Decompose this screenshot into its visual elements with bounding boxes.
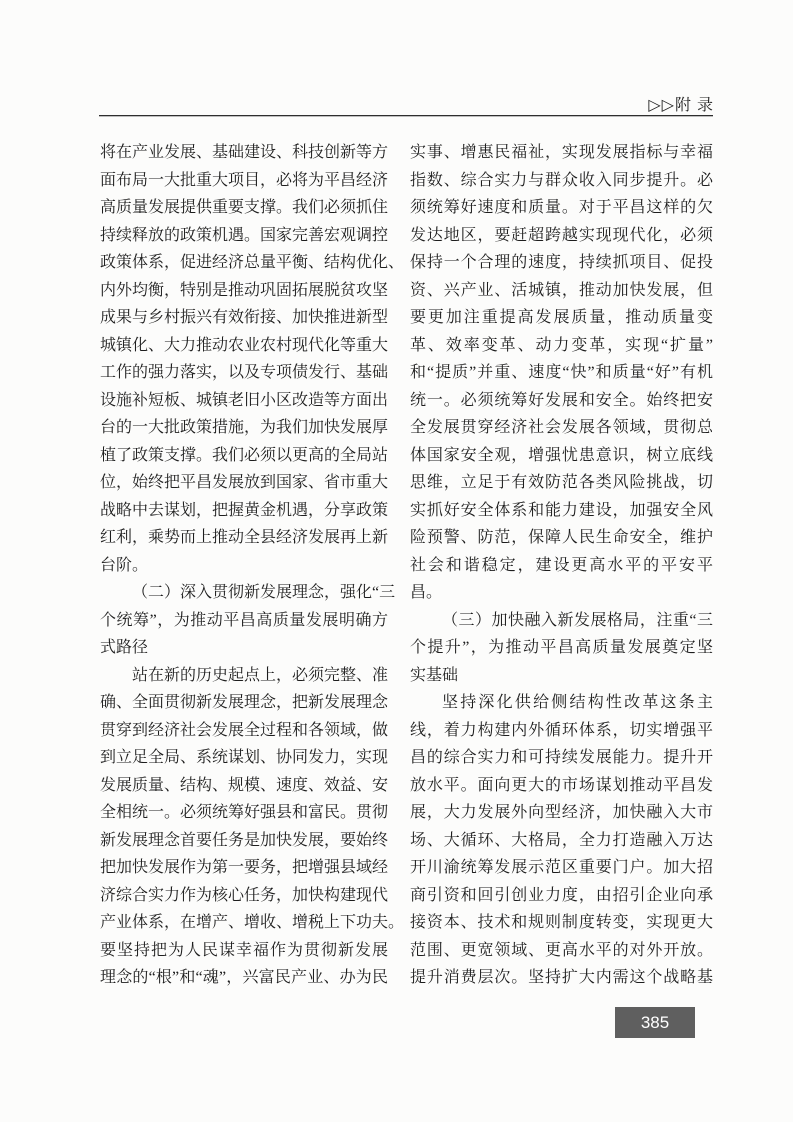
text-line: 线，着力构建内外循环体系，切实增强平 <box>410 717 713 745</box>
text-line: 城镇化、大力推动农业农村现代化等重大 <box>100 332 388 360</box>
text-line: 昌。 <box>410 579 713 607</box>
text-line: 新发展理念首要任务是加快发展，要始终 <box>100 827 388 855</box>
text-line: 范围、更宽领域、更高水平的对外开放。 <box>410 937 713 965</box>
text-line: 社会和谐稳定，建设更高水平的平安平 <box>410 552 713 580</box>
text-line: 革、效率变革、动力变革，实现“扩量” <box>410 332 713 360</box>
text-line: 全发展贯穿经济社会发展各领域，贯彻总 <box>410 414 713 442</box>
text-line: 接资本、技术和规则制度转变，实现更大 <box>410 909 713 937</box>
text-line: 展，大力发展外向型经济，加快融入大市 <box>410 799 713 827</box>
text-line: 理念的“根”和“魂”，兴富民产业、办为民 <box>100 964 388 992</box>
text-line: 坚持深化供给侧结构性改革这条主 <box>410 689 713 717</box>
text-line: 放水平。面向更大的市场谋划推动平昌发 <box>410 772 713 800</box>
text-line: 个提升”，为推动平昌高质量发展奠定坚 <box>410 634 713 662</box>
text-line: 确、全面贯彻新发展理念，把新发展理念 <box>100 689 388 717</box>
page-number-badge: 385 <box>615 1007 695 1038</box>
left-text-column: 将在产业发展、基础建设、科技创新等方面布局一大批重大项目，必将为平昌经济高质量发… <box>100 139 388 992</box>
text-line: 持续释放的政策机遇。国家完善宏观调控 <box>100 222 388 250</box>
text-line: 成果与乡村振兴有效衔接、加快推进新型 <box>100 304 388 332</box>
text-line: 位，始终把平昌发展放到国家、省市重大 <box>100 469 388 497</box>
text-line: 发展质量、结构、规模、速度、效益、安 <box>100 772 388 800</box>
text-line: 设施补短板、城镇老旧小区改造等方面出 <box>100 387 388 415</box>
text-line: 面布局一大批重大项目，必将为平昌经济 <box>100 167 388 195</box>
text-line: 工作的强力落实，以及专项债发行、基础 <box>100 359 388 387</box>
text-line: 商引资和回引创业力度，由招引企业向承 <box>410 882 713 910</box>
text-line: 济综合实力作为核心任务，加快构建现代 <box>100 882 388 910</box>
text-line: 发达地区，要赶超跨越实现现代化，必须 <box>410 222 713 250</box>
text-line: 产业体系，在增产、增收、增税上下功夫。 <box>100 909 388 937</box>
page-number: 385 <box>641 1013 669 1033</box>
text-line: 植了政策支撑。我们必须以更高的全局站 <box>100 442 388 470</box>
text-line: 保持一个合理的速度，持续抓项目、促投 <box>410 249 713 277</box>
text-line: 政策体系，促进经济总量平衡、结构优化、 <box>100 249 388 277</box>
text-line: 实基础 <box>410 662 713 690</box>
text-line: 指数、综合实力与群众收入同步提升。必 <box>410 167 713 195</box>
text-line: （二）深入贯彻新发展理念，强化“三 <box>100 579 388 607</box>
text-line: 须统筹好速度和质量。对于平昌这样的欠 <box>410 194 713 222</box>
header-appendix-title: ▷▷附 录 <box>648 92 714 115</box>
text-line: 红利，乘势而上推动全县经济发展再上新 <box>100 524 388 552</box>
text-line: 站在新的历史起点上，必须完整、准 <box>100 662 388 690</box>
text-line: 资、兴产业、活城镇，推动加快发展，但 <box>410 277 713 305</box>
text-line: 贯穿到经济社会发展全过程和各领域，做 <box>100 717 388 745</box>
text-line: 到立足全局、系统谋划、协同发力，实现 <box>100 744 388 772</box>
text-line: 把加快发展作为第一要务，把增强县域经 <box>100 854 388 882</box>
document-page: ▷▷附 录 将在产业发展、基础建设、科技创新等方面布局一大批重大项目，必将为平昌… <box>0 0 793 1122</box>
text-line: 统一。必须统筹好发展和安全。始终把安 <box>410 387 713 415</box>
text-line: 提升消费层次。坚持扩大内需这个战略基 <box>410 964 713 992</box>
text-line: 台的一大批政策措施，为我们加快发展厚 <box>100 414 388 442</box>
text-line: （三）加快融入新发展格局，注重“三 <box>410 607 713 635</box>
text-line: 全相统一。必须统筹好强县和富民。贯彻 <box>100 799 388 827</box>
text-line: 思维，立足于有效防范各类风险挑战，切 <box>410 469 713 497</box>
text-line: 要坚持把为人民谋幸福作为贯彻新发展 <box>100 937 388 965</box>
header-rule <box>99 115 713 117</box>
text-line: 战略中去谋划，把握黄金机遇，分享政策 <box>100 497 388 525</box>
text-line: 个统筹”，为推动平昌高质量发展明确方 <box>100 607 388 635</box>
text-line: 实抓好安全体系和能力建设，加强安全风 <box>410 497 713 525</box>
text-line: 内外均衡，特别是推动巩固拓展脱贫攻坚 <box>100 277 388 305</box>
text-line: 实事、增惠民福祉，实现发展指标与幸福 <box>410 139 713 167</box>
text-line: 台阶。 <box>100 552 388 580</box>
text-line: 场、大循环、大格局，全力打造融入万达 <box>410 827 713 855</box>
text-line: 和“提质”并重、速度“快”和质量“好”有机 <box>410 359 713 387</box>
text-line: 要更加注重提高发展质量，推动质量变 <box>410 304 713 332</box>
text-line: 高质量发展提供重要支撑。我们必须抓住 <box>100 194 388 222</box>
text-line: 将在产业发展、基础建设、科技创新等方 <box>100 139 388 167</box>
text-line: 式路径 <box>100 634 388 662</box>
text-line: 开川渝统筹发展示范区重要门户。加大招 <box>410 854 713 882</box>
text-line: 险预警、防范，保障人民生命安全，维护 <box>410 524 713 552</box>
text-line: 昌的综合实力和可持续发展能力。提升开 <box>410 744 713 772</box>
text-line: 体国家安全观，增强忧患意识，树立底线 <box>410 442 713 470</box>
right-text-column: 实事、增惠民福祉，实现发展指标与幸福指数、综合实力与群众收入同步提升。必须统筹好… <box>410 139 713 992</box>
